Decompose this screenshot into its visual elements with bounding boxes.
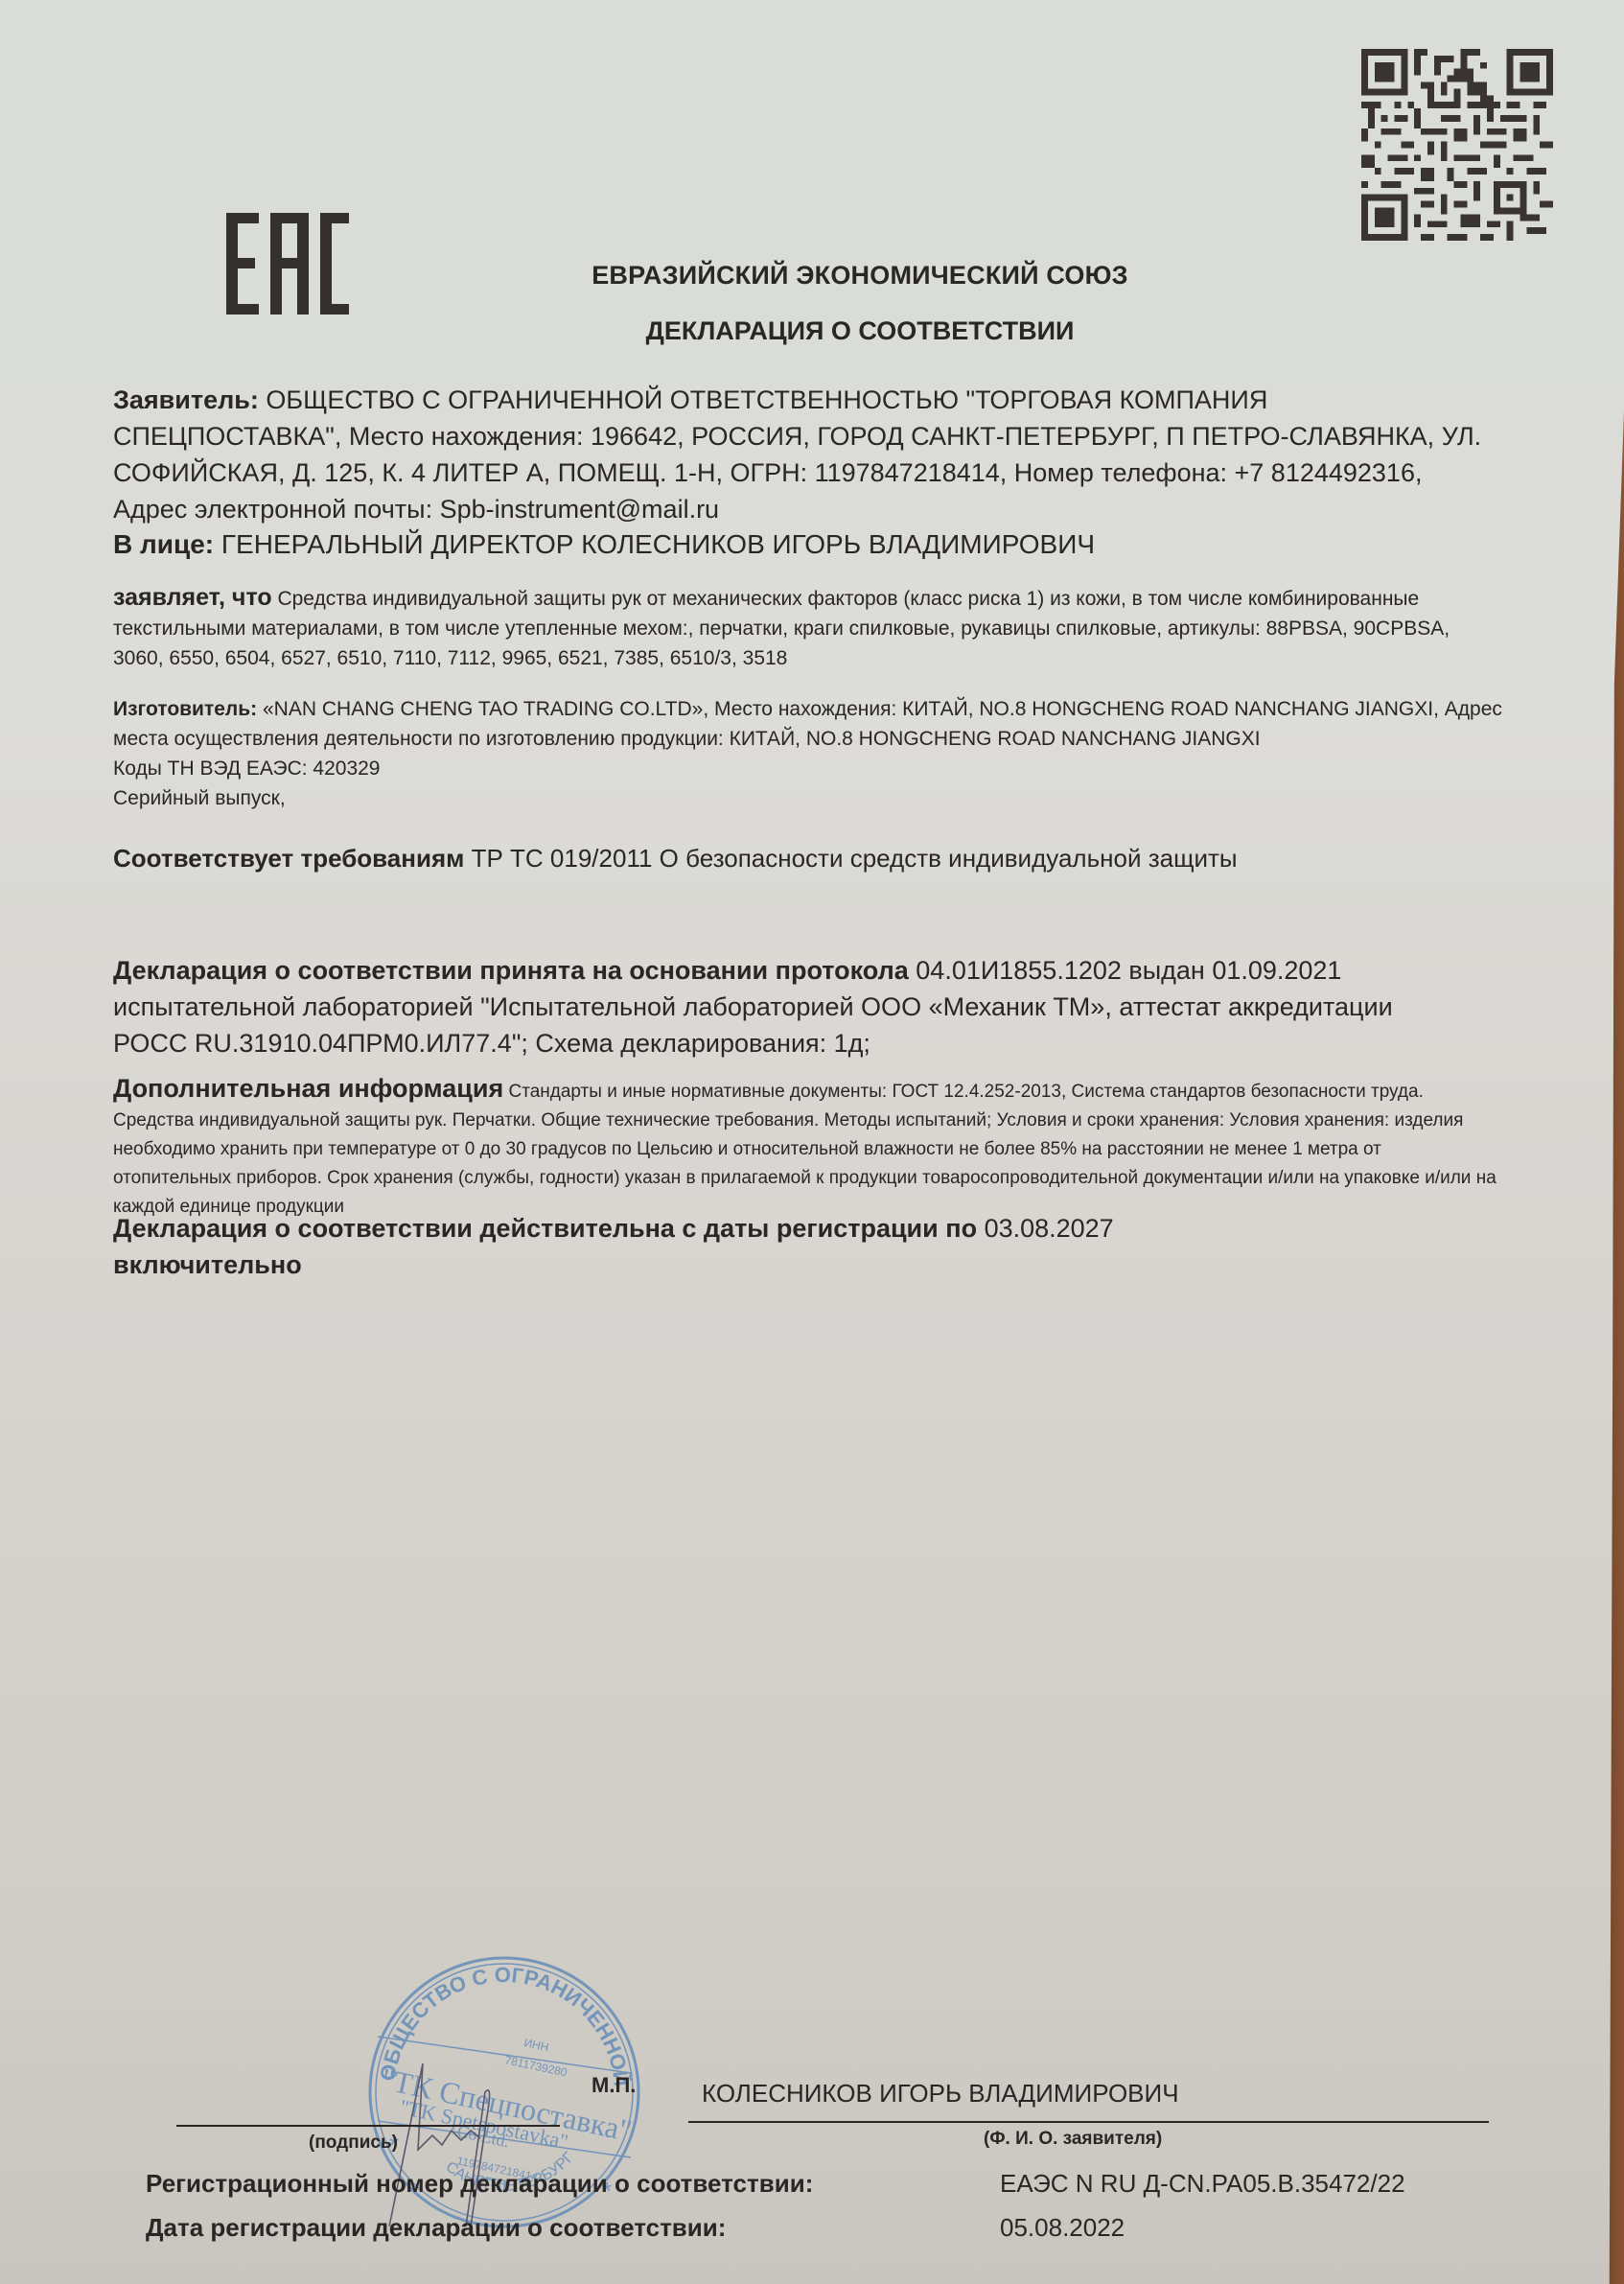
document-title: ДЕКЛАРАЦИЯ О СООТВЕТСТВИИ [0,316,1624,346]
registration-date: 05.08.2022 [1000,2213,1125,2243]
additional-info-label: Дополнительная информация [113,1074,503,1103]
validity-section: Декларация о соответствии действительна … [113,1210,1359,1283]
declares-label: заявляет, что [113,584,272,611]
applicant-section: Заявитель: ОБЩЕСТВО С ОГРАНИЧЕННОЙ ОТВЕТ… [113,382,1503,527]
validity-suffix: включительно [113,1250,302,1279]
manufacturer-section: Изготовитель: «NAN CHANG CHENG TAO TRADI… [113,694,1503,813]
conformity-text: ТР ТС 019/2011 О безопасности средств ин… [464,844,1237,873]
applicant-label: Заявитель: [113,385,259,414]
declaration-page: ЕВРАЗИЙСКИЙ ЭКОНОМИЧЕСКИЙ СОЮЗ ДЕКЛАРАЦИ… [0,0,1624,2284]
declares-text: Средства индивидуальной защиты рук от ме… [113,588,1450,669]
validity-date: 03.08.2027 [977,1214,1114,1243]
declares-section: заявляет, что Средства индивидуальной за… [113,583,1503,673]
registration-number-label: Регистрационный номер декларации о соотв… [146,2169,813,2199]
representative-text: ГЕНЕРАЛЬНЫЙ ДИРЕКТОР КОЛЕСНИКОВ ИГОРЬ ВЛ… [214,529,1095,559]
conformity-section: Соответствует требованиям ТР ТС 019/2011… [113,844,1503,874]
union-title: ЕВРАЗИЙСКИЙ ЭКОНОМИЧЕСКИЙ СОЮЗ [0,261,1624,291]
manufacturer-text: «NAN CHANG CHENG TAO TRADING CO.LTD», Ме… [113,698,1502,750]
registration-date-label: Дата регистрации декларации о соответств… [146,2213,726,2243]
svg-text:7811739280: 7811739280 [503,2053,568,2079]
applicant-text: ОБЩЕСТВО С ОГРАНИЧЕННОЙ ОТВЕТСТВЕННОСТЬЮ… [113,385,1481,524]
svg-text:ИНН: ИНН [522,2036,549,2054]
additional-info-section: Дополнительная информация Стандарты и ин… [113,1074,1503,1222]
protocol-section: Декларация о соответствии принята на осн… [113,952,1436,1061]
name-line [688,2121,1489,2123]
seal-place-label: М.П. [592,2073,636,2098]
applicant-name: КОЛЕСНИКОВ ИГОРЬ ВЛАДИМИРОВИЧ [702,2079,1179,2109]
protocol-label: Декларация о соответствии принята на осн… [113,956,909,985]
signature-line [176,2125,560,2127]
name-caption: (Ф. И. О. заявителя) [984,2129,1162,2150]
conformity-label: Соответствует требованиям [113,844,464,873]
representative-section: В лице: ГЕНЕРАЛЬНЫЙ ДИРЕКТОР КОЛЕСНИКОВ … [113,529,1503,560]
manufacturer-label: Изготовитель: [113,698,257,720]
registration-number: ЕАЭС N RU Д-CN.PA05.B.35472/22 [1000,2169,1405,2199]
serial-release: Серийный выпуск, [113,783,1503,813]
hs-codes: Коды ТН ВЭД ЕАЭС: 420329 [113,754,1503,783]
qr-code-icon [1361,46,1553,244]
representative-label: В лице: [113,529,214,559]
signature-label: (подпись) [309,2133,398,2154]
validity-label: Декларация о соответствии действительна … [113,1214,977,1243]
